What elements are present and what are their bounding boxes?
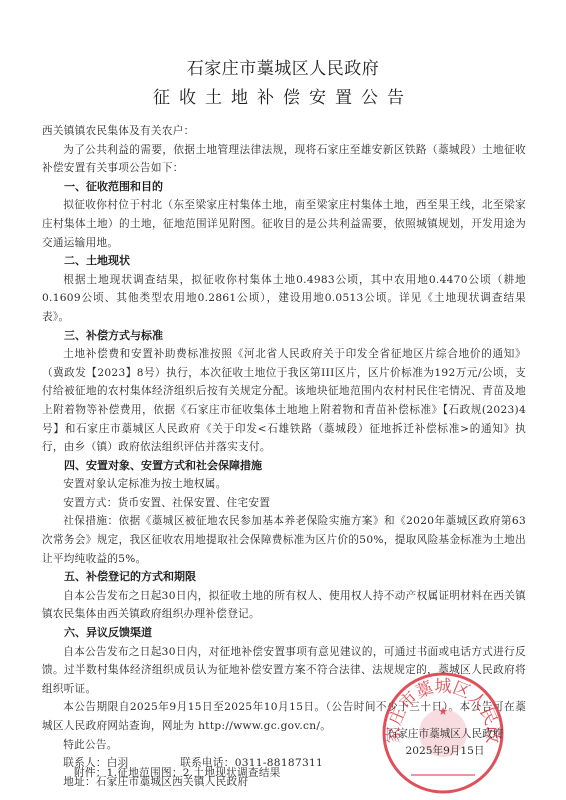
svg-text:★: ★	[438, 705, 448, 718]
section-heading-scope: 一、征收范围和目的	[42, 178, 526, 197]
section-paragraph: 土地补偿费和安置补助费标准按照《河北省人民政府关于印发全省征地区片综合地价的通知…	[42, 345, 526, 457]
salutation: 西关镇镇农民集体及有关农户：	[42, 122, 526, 141]
section-paragraph: 安置对象认定标准为按土地权属。	[42, 475, 526, 494]
section-heading-registration: 五、补偿登记的方式和期限	[42, 568, 526, 587]
issuer-title: 石家庄市藁城区人民政府	[0, 54, 566, 79]
signature-date: 2025年9月15日	[370, 743, 520, 760]
document-title: 征收土地补偿安置公告	[0, 83, 566, 108]
section-heading-land-status: 二、土地现状	[42, 252, 526, 271]
section-paragraph: 根据土地现状调查结果，拟征收你村集体土地0.4983公顷，其中农用地0.4470…	[42, 271, 526, 327]
section-paragraph: 自本公告发布之日起30日内，拟征收土地的所有权人、使用权人持不动产权属证明材料在…	[42, 587, 526, 624]
signature-block: 石家庄市藁城区人民政府 2025年9月15日	[370, 726, 520, 760]
section-paragraph: 社保措施：依据《藁城区被征地农民参加基本养老保险实施方案》和《2020年藁城区政…	[42, 512, 526, 568]
attachments: 附件：1.征地范围图；2.土地现状调查结果	[74, 765, 281, 780]
section-paragraph: 安置方式：货币安置、社保安置、住宅安置	[42, 494, 526, 513]
section-heading-resettlement: 四、安置对象、安置方式和社会保障措施	[42, 457, 526, 476]
signature-org: 石家庄市藁城区人民政府	[370, 726, 520, 743]
section-heading-objection: 六、异议反馈渠道	[42, 624, 526, 643]
section-paragraph: 拟征收你村位于村北（东至梁家庄村集体土地，南至梁家庄村集体土地，西至果王线，北至…	[42, 196, 526, 252]
section-heading-compensation: 三、补偿方式与标准	[42, 327, 526, 346]
intro-paragraph: 为了公共利益的需要，依据土地管理法律法规，现将石家庄至雄安新区铁路（藁城段）土地…	[42, 141, 526, 178]
